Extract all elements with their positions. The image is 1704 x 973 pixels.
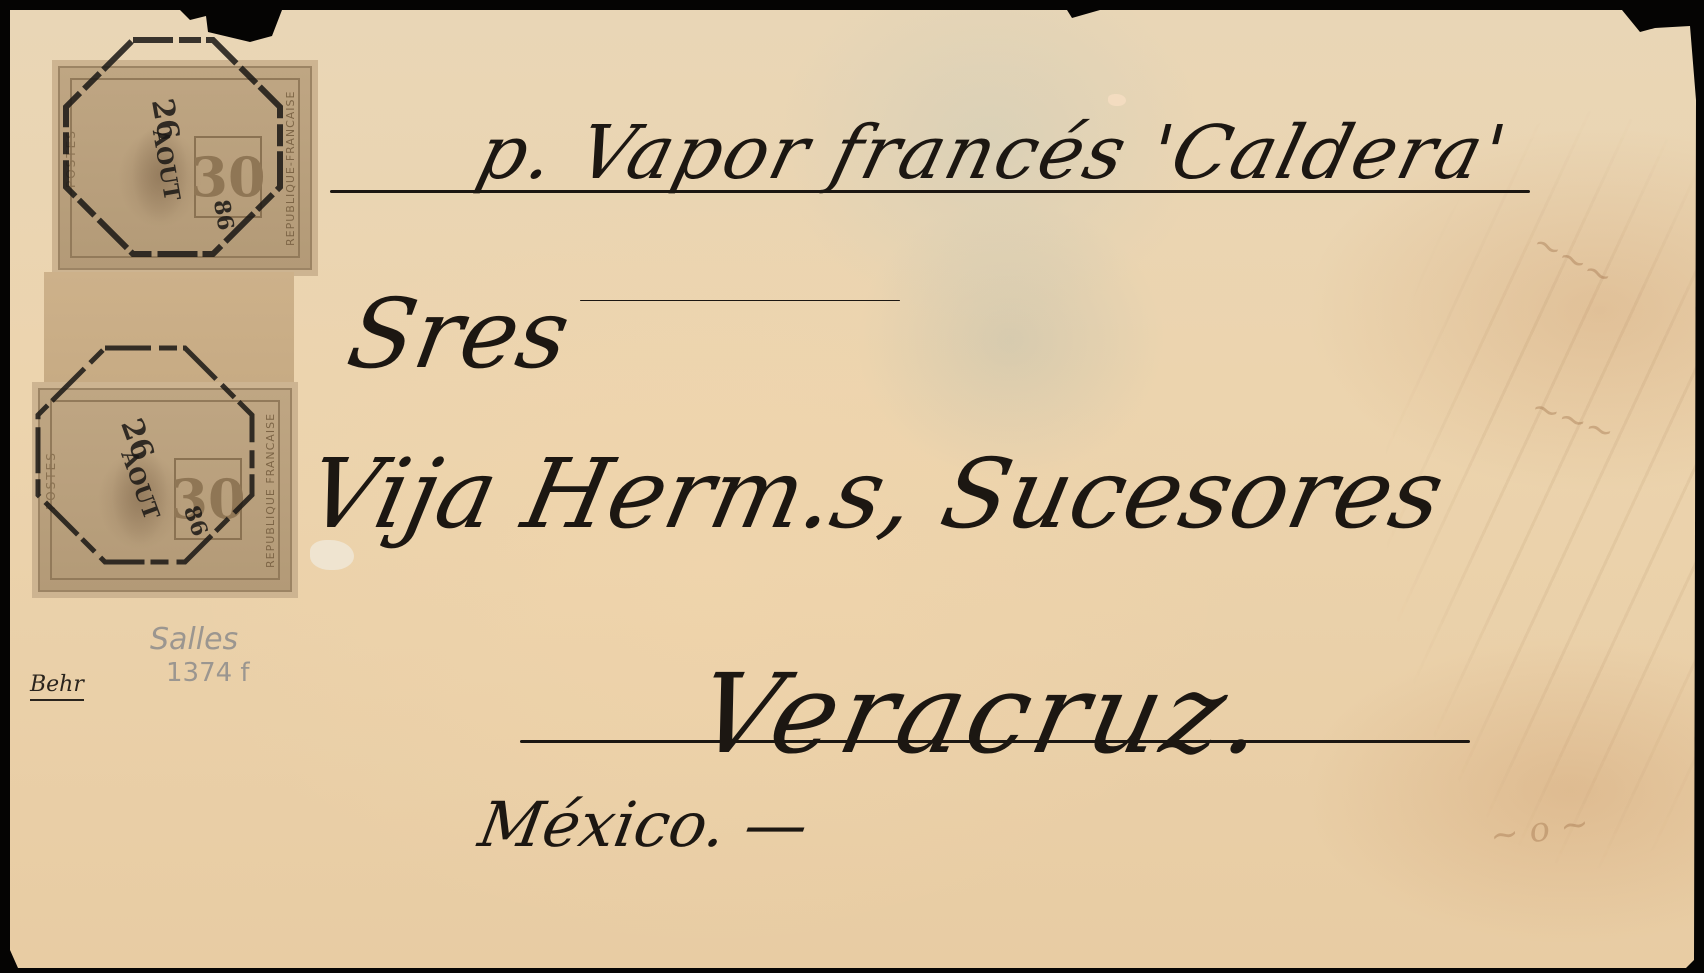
postmark-month: AOUT xyxy=(147,127,185,202)
routing-instruction: p. Vapor francés 'Caldera' xyxy=(469,110,1515,196)
stamp-country-text: REPUBLIQUE-FRANCAISE xyxy=(284,80,306,256)
octagonal-postmark-top: 26 AOUT 86 xyxy=(58,32,288,262)
pencil-note-name: Salles xyxy=(150,622,238,657)
bleed-through-writing: ~ o ~ xyxy=(1488,803,1592,856)
bleed-through-writing: ~~~ xyxy=(1526,387,1620,454)
stamp-frame xyxy=(50,400,280,580)
expert-signature: Behr xyxy=(30,672,84,701)
stamp-top: POSTES 30 REPUBLIQUE-FRANCAISE xyxy=(58,66,312,270)
salutation: Sres xyxy=(340,278,577,390)
stamp-frame xyxy=(70,78,300,258)
photo-background: POSTES 30 REPUBLIQUE-FRANCAISE POSTES 30… xyxy=(0,0,1704,973)
stamp-postes-text: POSTES xyxy=(64,98,86,188)
stamp-country-text: REPUBLIQUE FRANCAISE xyxy=(264,402,286,578)
stamp-allegory-figure xyxy=(100,98,220,248)
postmark-year: 86 xyxy=(178,502,213,540)
paper-damage xyxy=(310,540,354,570)
stamp-value: 30 xyxy=(174,458,242,540)
stamp-allegory-figure xyxy=(80,420,200,570)
octagonal-postmark-bottom: 26 AOUT 86 xyxy=(30,340,260,570)
stamp-bottom: POSTES 30 REPUBLIQUE FRANCAISE xyxy=(38,388,292,592)
envelope: POSTES 30 REPUBLIQUE-FRANCAISE POSTES 30… xyxy=(10,10,1696,968)
destination-city: Veracruz. xyxy=(686,650,1280,778)
stamp-value: 30 xyxy=(194,136,262,218)
stamp-gutter xyxy=(44,272,294,382)
postmark-ring-icon xyxy=(30,340,260,570)
bleed-through-writing: ~~~ xyxy=(1526,222,1620,297)
paper-damage xyxy=(1108,94,1126,106)
postmark-day: 26 xyxy=(113,414,160,465)
addressee-name: Vija Herm.s, Sucesores xyxy=(298,438,1453,550)
underline-city xyxy=(520,740,1470,743)
postmark-year: 86 xyxy=(208,198,239,233)
destination-country: México. — xyxy=(474,788,814,861)
postmark-day: 26 xyxy=(144,96,186,143)
flourish-stroke xyxy=(580,300,900,301)
pencil-note-reference: 1374 f xyxy=(166,658,250,688)
underline-routing xyxy=(330,190,1530,193)
postmark-ring-icon xyxy=(58,32,288,262)
stamp-postes-text: POSTES xyxy=(44,420,66,510)
postmark-month: AOUT xyxy=(115,447,164,523)
